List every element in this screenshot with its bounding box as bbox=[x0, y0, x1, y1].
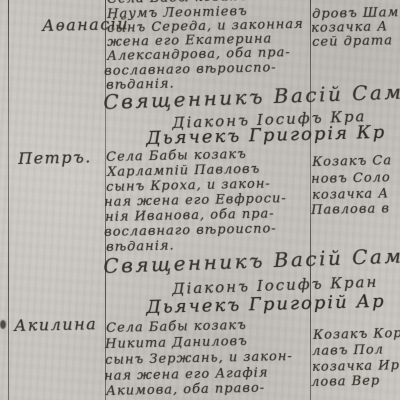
godparent-column-rule bbox=[310, 0, 311, 400]
godparents-line: козачка Ир bbox=[312, 358, 400, 375]
godparents-line: новъ Соло bbox=[311, 170, 391, 187]
parents-line: Никита Даниловъ bbox=[105, 334, 248, 352]
record-name: Акилина bbox=[14, 314, 97, 335]
godparents-line: козачка А bbox=[312, 186, 389, 203]
godparents-line: лавъ Пол bbox=[312, 342, 384, 359]
record-name: Петръ. bbox=[18, 147, 92, 168]
godparents-line: Козакъ Са bbox=[312, 153, 392, 170]
left-margin-rule bbox=[8, 0, 9, 400]
godparents-line: лова Вер bbox=[311, 374, 380, 390]
register-page-scan: Аѳанасій Села Бабы козакъ Наумъ Леонтіев… bbox=[0, 0, 400, 400]
margin-ink-fragment bbox=[0, 320, 6, 329]
parents-line: вославнаго вѣроиспо- bbox=[104, 60, 277, 79]
parents-line: Села Бабы козакъ bbox=[106, 318, 247, 336]
godparents-line: Павлова в bbox=[311, 201, 390, 218]
parents-line: Акимова, оба право- bbox=[106, 381, 265, 399]
godparents-line: сей драта bbox=[312, 33, 393, 50]
godparents-line: Козакъ Кор bbox=[313, 326, 400, 343]
parents-line: вославнаго вѣроиспо- bbox=[104, 221, 277, 240]
